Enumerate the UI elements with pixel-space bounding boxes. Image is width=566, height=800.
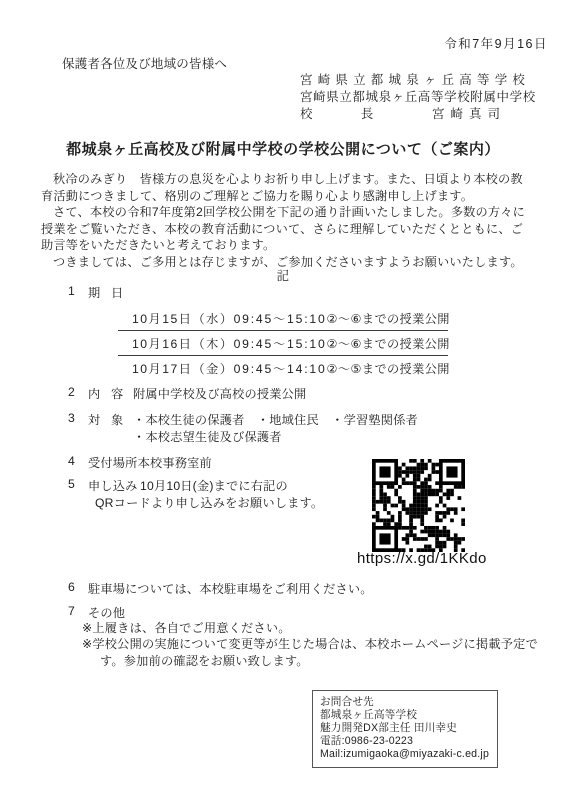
schedule-detail: ②～⑤までの授業公開 bbox=[327, 360, 450, 377]
schedule-detail: ②～⑥までの授業公開 bbox=[327, 335, 450, 352]
section-3-label: 対 象 bbox=[88, 411, 133, 428]
schedule-table: 10月15日（水） 09:45～15:10 ②～⑥までの授業公開 10月16日（… bbox=[118, 306, 448, 380]
section-4-row: 4 受付場所 本校事務室前 bbox=[68, 454, 212, 471]
section-4-number: 4 bbox=[68, 454, 88, 471]
contact-person: 魅力開発DX部主任 田川幸史 bbox=[320, 722, 490, 735]
section-7-note-2: ※学校公開の実施について変更等が生じた場合は、本校ホームページに掲載予定です。参… bbox=[82, 636, 555, 669]
schedule-time: 09:45～15:10 bbox=[234, 310, 327, 327]
qr-code bbox=[372, 459, 465, 552]
section-2-row: 2 内 容 附属中学校及び高校の授業公開 bbox=[68, 385, 306, 402]
contact-school: 都城泉ヶ丘高等学校 bbox=[320, 709, 490, 722]
section-1-heading: 1 期 日 bbox=[68, 284, 133, 301]
contact-mail: Mail:izumigaoka@miyazaki-c.ed.jp bbox=[320, 748, 490, 761]
principal-line: 校 長 宮崎真司 bbox=[300, 106, 506, 123]
section-5-row: 5 申し込み 10月10日(金)までに右記の bbox=[68, 477, 288, 494]
schedule-date: 10月15日（水） bbox=[118, 310, 234, 327]
contact-heading: お問合せ先 bbox=[320, 696, 490, 709]
document-page: 令和7年9月16日 保護者各位及び地域の皆様へ 宮崎県立都城泉ヶ丘高等学校 宮崎… bbox=[0, 0, 566, 800]
contact-phone: 電話:0986-23-0223 bbox=[320, 735, 490, 748]
greeting-paragraphs: 秋冷のみぎり 皆様方の息災を心よりお祈り申し上げます。また、日頃より本校の教育活… bbox=[41, 171, 532, 271]
schedule-row: 10月16日（木） 09:45～15:10 ②～⑥までの授業公開 bbox=[118, 331, 448, 356]
section-6-text: 駐車場については、本校駐車場をご利用ください。 bbox=[88, 580, 373, 597]
qr-code-image bbox=[372, 459, 465, 552]
contact-box: お問合せ先 都城泉ヶ丘高等学校 魅力開発DX部主任 田川幸史 電話:0986-2… bbox=[312, 690, 498, 768]
sender-school-junior: 宮崎県立都城泉ヶ丘高等学校附属中学校 bbox=[300, 89, 536, 106]
greeting-paragraph-1: 秋冷のみぎり 皆様方の息災を心よりお祈り申し上げます。また、日頃より本校の教育活… bbox=[41, 171, 532, 204]
section-4-label: 受付場所 bbox=[88, 454, 138, 471]
sender-school-high: 宮崎県立都城泉ヶ丘高等学校 bbox=[300, 72, 536, 89]
section-6-number: 6 bbox=[68, 580, 88, 597]
principal-name: 宮崎真司 bbox=[432, 106, 506, 123]
section-1-number: 1 bbox=[68, 284, 88, 301]
schedule-time: 09:45～14:10 bbox=[234, 360, 327, 377]
schedule-date: 10月17日（金） bbox=[118, 360, 234, 377]
schedule-date: 10月16日（木） bbox=[118, 335, 234, 352]
sender-block: 宮崎県立都城泉ヶ丘高等学校 宮崎県立都城泉ヶ丘高等学校附属中学校 校 長 宮崎真… bbox=[300, 72, 536, 123]
date-line: 令和7年9月16日 bbox=[0, 34, 548, 52]
section-2-label: 内 容 bbox=[88, 385, 133, 402]
principal-title-1: 校 bbox=[300, 106, 313, 123]
section-5-text-line-1: 10月10日(金)までに右記の bbox=[140, 477, 288, 494]
principal-title-2: 長 bbox=[361, 106, 374, 123]
section-5-text-line-2: QRコードより申し込みをお願いします。 bbox=[95, 494, 323, 511]
addressee-line: 保護者各位及び地域の皆様へ bbox=[62, 54, 227, 72]
section-5-number: 5 bbox=[68, 477, 88, 494]
section-2-text: 附属中学校及び高校の授業公開 bbox=[133, 385, 306, 402]
qr-url: https://x.gd/1KKdo bbox=[357, 550, 487, 567]
document-title: 都城泉ヶ丘高校及び附属中学校の学校公開について（ご案内） bbox=[0, 138, 566, 159]
section-7-note-1: ※上履きは、各自でご用意ください。 bbox=[82, 619, 291, 636]
schedule-time: 09:45～15:10 bbox=[234, 335, 327, 352]
section-3-row: 3 対 象 ・本校生徒の保護者 ・地域住民 ・学習塾関係者 bbox=[68, 411, 418, 428]
section-4-text: 本校事務室前 bbox=[138, 454, 212, 471]
record-mark: 記 bbox=[0, 266, 566, 284]
greeting-paragraph-2: さて、本校の令和7年度第2回学校公開を下記の通り計画いたしました。多数の方々に授… bbox=[41, 204, 532, 254]
section-3-audience-line-1: ・本校生徒の保護者 ・地域住民 ・学習塾関係者 bbox=[133, 411, 418, 428]
schedule-row: 10月15日（水） 09:45～15:10 ②～⑥までの授業公開 bbox=[118, 306, 448, 331]
section-3-audience-line-2: ・本校志望生徒及び保護者 bbox=[133, 428, 282, 445]
section-1-label: 期 日 bbox=[88, 284, 133, 301]
section-5-label: 申し込み bbox=[88, 477, 140, 494]
schedule-detail: ②～⑥までの授業公開 bbox=[327, 310, 450, 327]
section-2-number: 2 bbox=[68, 385, 88, 402]
section-6-row: 6 駐車場については、本校駐車場をご利用ください。 bbox=[68, 580, 373, 597]
schedule-row: 10月17日（金） 09:45～14:10 ②～⑤までの授業公開 bbox=[118, 356, 448, 380]
section-3-number: 3 bbox=[68, 411, 88, 428]
